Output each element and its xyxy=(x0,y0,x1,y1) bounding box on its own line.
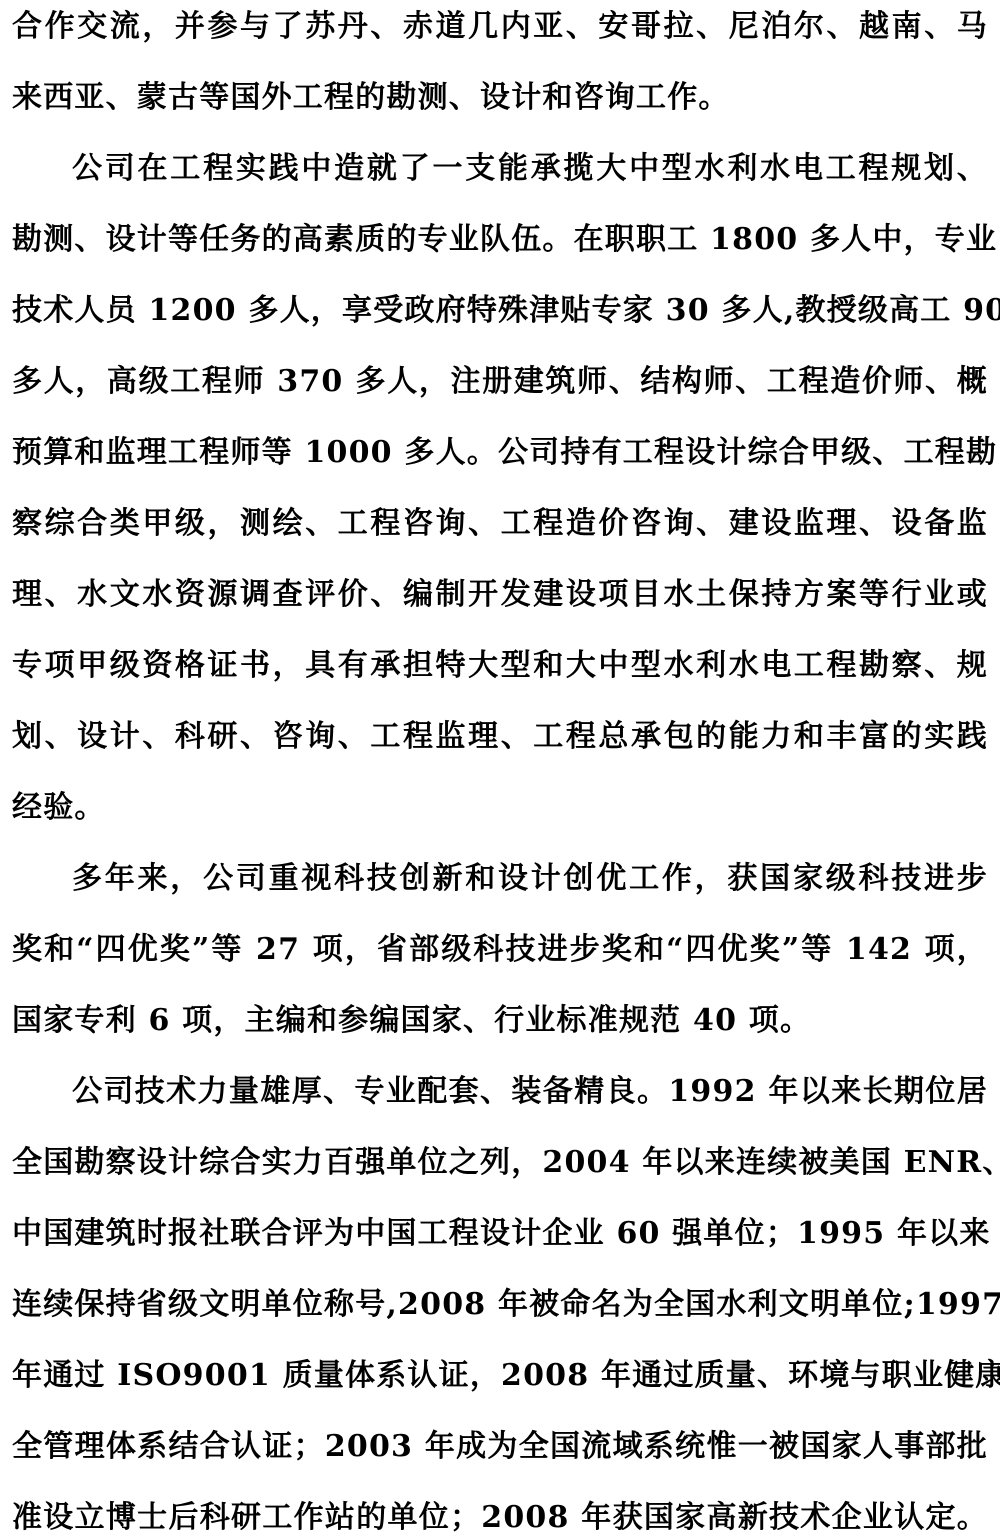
text-line: 技术人员 1200 多人，享受政府特殊津贴专家 30 多人,教授级高工 90 xyxy=(12,291,988,331)
text-line: 理、水文水资源调查评价、编制开发建设项目水土保持方案等行业或 xyxy=(12,575,988,615)
text-line: 经验。 xyxy=(12,788,988,828)
text-line: 连续保持省级文明单位称号,2008 年被命名为全国水利文明单位;1997 xyxy=(12,1285,988,1325)
document-page: 合作交流，并参与了苏丹、赤道几内亚、安哥拉、尼泊尔、越南、马 来西亚、蒙古等国外… xyxy=(0,0,1000,1538)
text-line: 专项甲级资格证书，具有承担特大型和大中型水利水电工程勘察、规 xyxy=(12,646,988,686)
text-line: 勘测、设计等任务的高素质的专业队伍。在职职工 1800 多人中，专业 xyxy=(12,220,988,260)
text-line: 多年来，公司重视科技创新和设计创优工作，获国家级科技进步 xyxy=(72,859,988,899)
text-line: 准设立博士后科研工作站的单位；2008 年获国家高新技术企业认定。 xyxy=(12,1498,988,1538)
text-line: 预算和监理工程师等 1000 多人。公司持有工程设计综合甲级、工程勘 xyxy=(12,433,988,473)
text-line: 划、设计、科研、咨询、工程监理、工程总承包的能力和丰富的实践 xyxy=(12,717,988,757)
text-line: 国家专利 6 项，主编和参编国家、行业标准规范 40 项。 xyxy=(12,1001,988,1041)
text-line: 全国勘察设计综合实力百强单位之列，2004 年以来连续被美国 ENR、 xyxy=(12,1143,988,1183)
text-line: 年通过 ISO9001 质量体系认证，2008 年通过质量、环境与职业健康安 xyxy=(12,1356,988,1396)
text-line: 全管理体系结合认证；2003 年成为全国流域系统惟一被国家人事部批 xyxy=(12,1427,988,1467)
text-line: 多人，高级工程师 370 多人，注册建筑师、结构师、工程造价师、概 xyxy=(12,362,988,402)
text-line: 来西亚、蒙古等国外工程的勘测、设计和咨询工作。 xyxy=(12,78,988,118)
text-line: 中国建筑时报社联合评为中国工程设计企业 60 强单位；1995 年以来 xyxy=(12,1214,988,1254)
text-line: 公司技术力量雄厚、专业配套、装备精良。1992 年以来长期位居 xyxy=(72,1072,988,1112)
text-line: 公司在工程实践中造就了一支能承揽大中型水利水电工程规划、 xyxy=(72,149,988,189)
text-line: 奖和“四优奖”等 27 项，省部级科技进步奖和“四优奖”等 142 项， xyxy=(12,930,988,970)
text-line: 察综合类甲级，测绘、工程咨询、工程造价咨询、建设监理、设备监 xyxy=(12,504,988,544)
text-line: 合作交流，并参与了苏丹、赤道几内亚、安哥拉、尼泊尔、越南、马 xyxy=(12,7,988,47)
